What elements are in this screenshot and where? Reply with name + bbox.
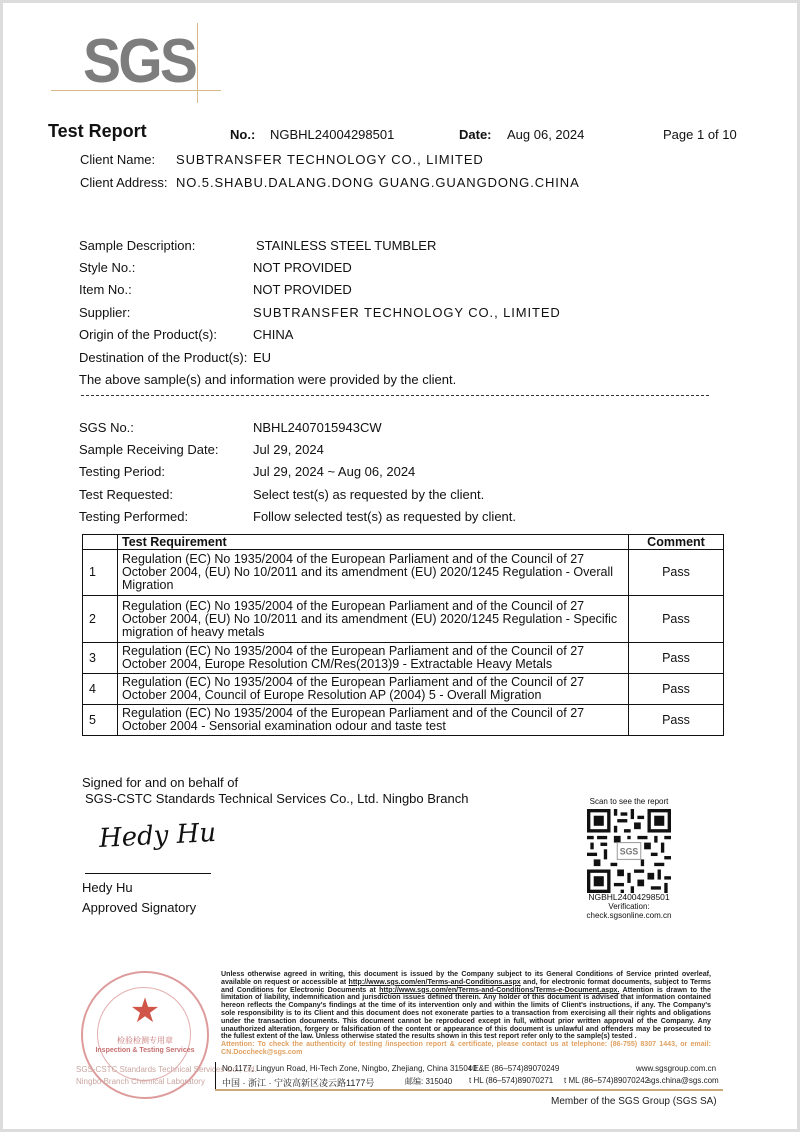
sgs-logo: SGS [83, 31, 195, 93]
row-requirement: Regulation (EC) No 1935/2004 of the Euro… [118, 596, 629, 643]
col-header-no [83, 535, 118, 550]
row-requirement: Regulation (EC) No 1935/2004 of the Euro… [118, 674, 629, 705]
table-row: 5 Regulation (EC) No 1935/2004 of the Eu… [83, 705, 724, 736]
date-value: Aug 06, 2024 [507, 127, 584, 142]
row-no: 2 [83, 596, 118, 643]
qr-report-code: NGBHL24004298501 [579, 892, 679, 902]
footer-gold-rule [215, 1089, 723, 1091]
test-results-table: Test Requirement Comment 1 Regulation (E… [82, 534, 724, 736]
style-no-label: Style No.: [79, 260, 135, 275]
page-number: Page 1 of 10 [663, 127, 737, 142]
sample-note: The above sample(s) and information were… [79, 372, 456, 387]
seal-center-en: Inspection & Testing Services [83, 1047, 207, 1054]
disclaimer-text: Attention is drawn to the limitation of … [221, 986, 711, 1041]
handwritten-signature: Hedy Hu [98, 818, 216, 854]
address-en: No.1177, Lingyun Road, Hi-Tech Zone, Nin… [222, 1064, 477, 1073]
report-no-label: No.: [230, 127, 255, 142]
supplier-label: Supplier: [79, 305, 130, 320]
client-name-value: SUBTRANSFER TECHNOLOGY CO., LIMITED [176, 152, 484, 167]
qr-caption: Scan to see the report [579, 797, 679, 806]
page-title: Test Report [48, 121, 147, 142]
sgs-no-value: NBHL2407015943CW [253, 420, 382, 435]
signatory-name: Hedy Hu [82, 880, 133, 895]
date-label: Date: [459, 127, 492, 142]
stamp-company-line2: Ningbo Branch Chemical Laboratory [76, 1077, 205, 1086]
item-no-value: NOT PROVIDED [253, 282, 352, 297]
table-row: 4 Regulation (EC) No 1935/2004 of the Eu… [83, 674, 724, 705]
receiving-date-label: Sample Receiving Date: [79, 442, 218, 457]
row-requirement: Regulation (EC) No 1935/2004 of the Euro… [118, 643, 629, 674]
verification-label: Verification: [579, 902, 679, 911]
logo-rule-vertical [197, 23, 198, 103]
row-no: 5 [83, 705, 118, 736]
item-no-label: Item No.: [79, 282, 132, 297]
legal-disclaimer: Unless otherwise agreed in writing, this… [221, 971, 711, 1057]
testing-period-label: Testing Period: [79, 464, 165, 479]
col-header-comment: Comment [629, 535, 724, 550]
signature-line [85, 873, 211, 874]
receiving-date-value: Jul 29, 2024 [253, 442, 324, 457]
phone-hl: t HL (86–574)89070271 [469, 1076, 553, 1085]
style-no-value: NOT PROVIDED [253, 260, 352, 275]
sgs-no-label: SGS No.: [79, 420, 134, 435]
row-no: 4 [83, 674, 118, 705]
verification-link[interactable]: check.sgsonline.com.cn [579, 911, 679, 920]
table-row: 3 Regulation (EC) No 1935/2004 of the Eu… [83, 643, 724, 674]
table-row: 1 Regulation (EC) No 1935/2004 of the Eu… [83, 550, 724, 596]
client-address-value: NO.5.SHABU.DALANG.DONG GUANG.GUANGDONG.C… [176, 175, 580, 190]
svg-text:SGS: SGS [620, 847, 639, 857]
testing-performed-label: Testing Performed: [79, 509, 188, 524]
star-icon: ★ [83, 991, 207, 1031]
row-no: 1 [83, 550, 118, 596]
member-statement: Member of the SGS Group (SGS SA) [551, 1096, 717, 1107]
test-requested-label: Test Requested: [79, 487, 173, 502]
table-row: 2 Regulation (EC) No 1935/2004 of the Eu… [83, 596, 724, 643]
report-no-value: NGBHL24004298501 [270, 127, 394, 142]
signatory-role: Approved Signatory [82, 900, 196, 915]
testing-performed-value: Follow selected test(s) as requested by … [253, 509, 516, 524]
destination-value: EU [253, 350, 271, 365]
row-comment: Pass [629, 550, 724, 596]
supplier-value: SUBTRANSFER TECHNOLOGY CO., LIMITED [253, 305, 561, 320]
sample-description-label: Sample Description: [79, 238, 195, 253]
phone-ee: t E&E (86–574)89070249 [469, 1064, 559, 1073]
phone-ml: t ML (86–574)89070242 [564, 1076, 649, 1085]
test-requested-value: Select test(s) as requested by the clien… [253, 487, 484, 502]
signed-for-text: Signed for and on behalf of [82, 775, 238, 790]
section-divider [81, 395, 709, 396]
row-comment: Pass [629, 674, 724, 705]
table-header-row: Test Requirement Comment [83, 535, 724, 550]
address-cn: 中国 · 浙江 · 宁波高新区凌云路1177号 [222, 1076, 374, 1089]
row-comment: Pass [629, 643, 724, 674]
signing-company: SGS-CSTC Standards Technical Services Co… [85, 791, 468, 806]
seal-center-cn: 检验检测专用章 [83, 1035, 207, 1046]
address-divider [215, 1062, 216, 1090]
client-name-label: Client Name: [80, 152, 155, 167]
col-header-requirement: Test Requirement [118, 535, 629, 550]
origin-value: CHINA [253, 327, 293, 342]
terms-link[interactable]: http://www.sgs.com/en/Terms-and-Conditio… [348, 978, 520, 986]
row-comment: Pass [629, 705, 724, 736]
sample-description-value: STAINLESS STEEL TUMBLER [256, 238, 436, 253]
row-requirement: Regulation (EC) No 1935/2004 of the Euro… [118, 550, 629, 596]
destination-label: Destination of the Product(s): [79, 350, 247, 365]
row-no: 3 [83, 643, 118, 674]
website-link[interactable]: www.sgsgroup.com.cn [636, 1064, 716, 1073]
testing-period-value: Jul 29, 2024 ~ Aug 06, 2024 [253, 464, 415, 479]
email-link[interactable]: sgs.china@sgs.com [647, 1076, 719, 1085]
authenticity-attention: Attention: To check the authenticity of … [221, 1041, 711, 1057]
report-page: SGS Test Report No.: NGBHL24004298501 Da… [3, 3, 797, 1129]
row-comment: Pass [629, 596, 724, 643]
client-address-label: Client Address: [80, 175, 167, 190]
e-document-terms-link[interactable]: http://www.sgs.com/en/Terms-and-Conditio… [379, 986, 619, 994]
origin-label: Origin of the Product(s): [79, 327, 217, 342]
row-requirement: Regulation (EC) No 1935/2004 of the Euro… [118, 705, 629, 736]
qr-code-icon[interactable]: SGS [586, 809, 672, 893]
postcode-cn: 邮编: 315040 [405, 1076, 452, 1087]
